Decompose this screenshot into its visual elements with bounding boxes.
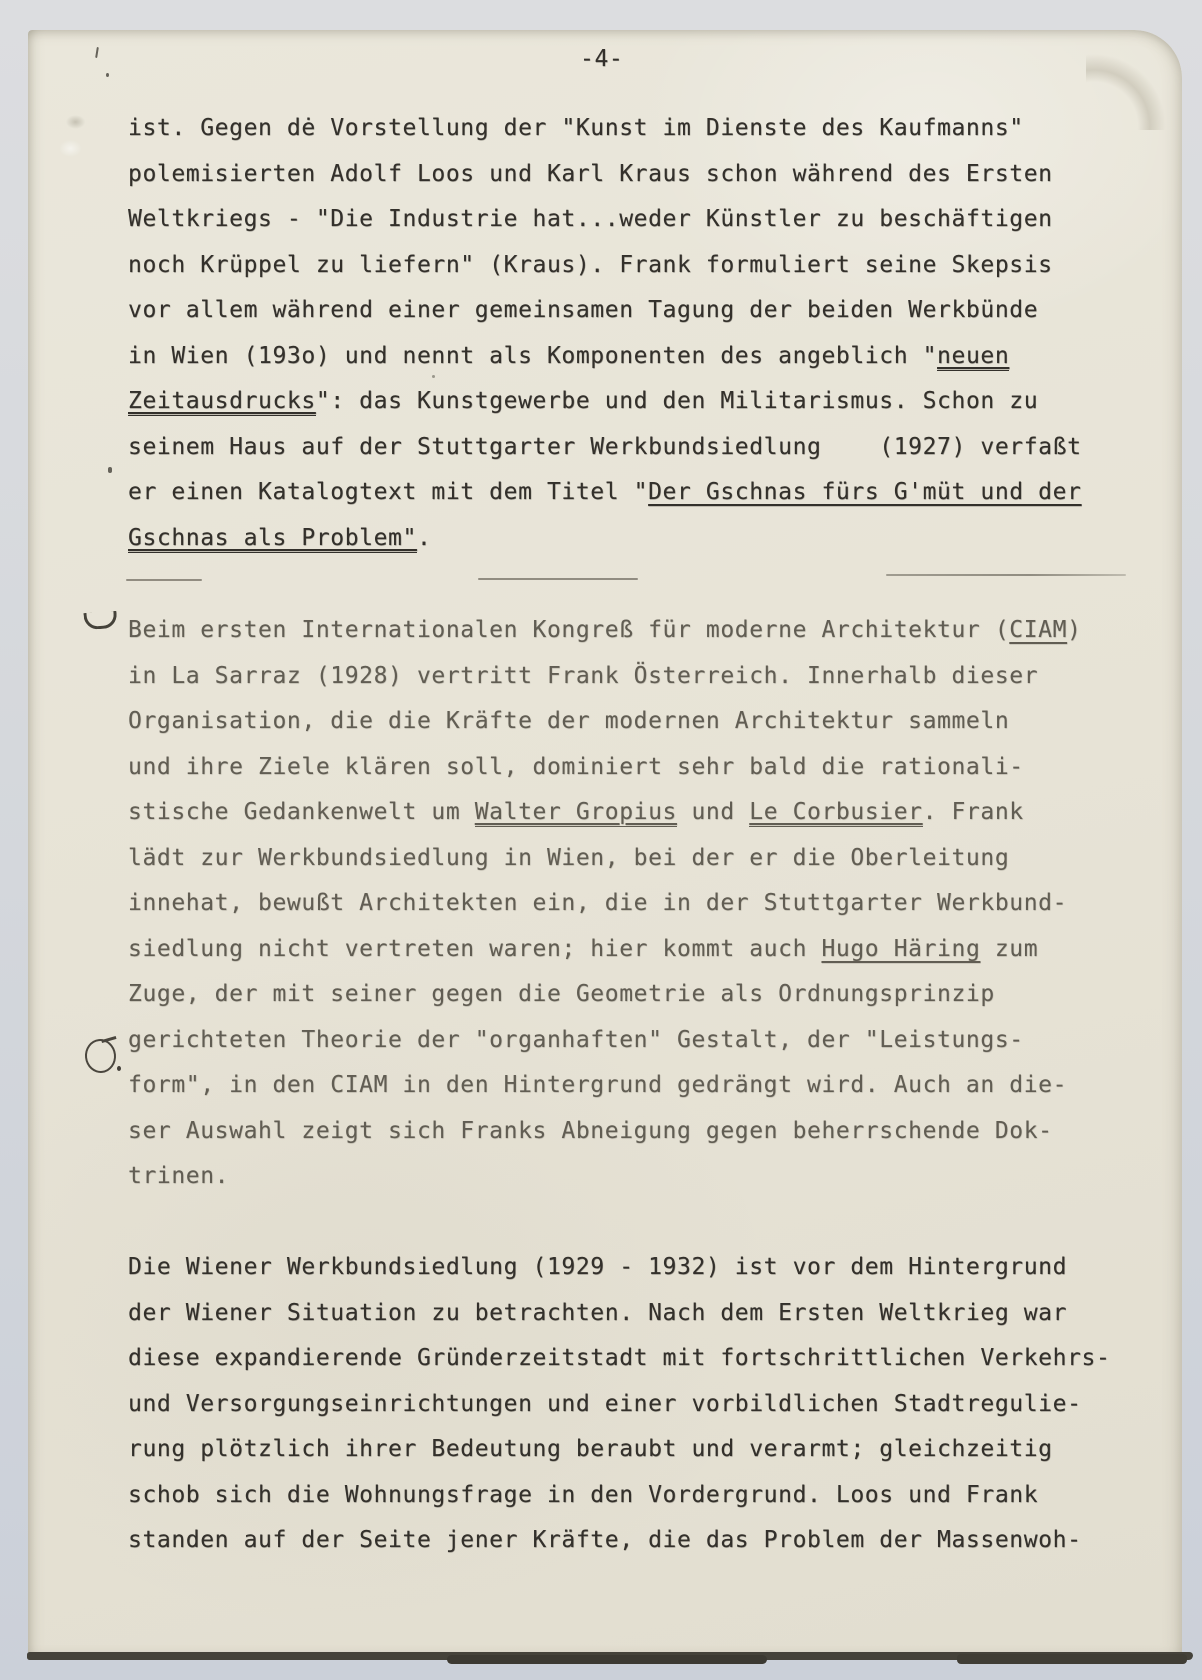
text-line: Gschnas als Problem". xyxy=(128,516,1138,562)
text-line: und Versorgungseinrichtungen und einer v… xyxy=(128,1382,1138,1428)
text-line: vor allem während einer gemeinsamen Tagu… xyxy=(128,288,1138,334)
text-segment: ) xyxy=(1067,617,1081,643)
underlined-text-segment: Le Corbusier xyxy=(749,799,922,827)
text-segment: trinen. xyxy=(128,1163,229,1189)
text-segment: polemisierten Adolf Loos und Karl Kraus … xyxy=(128,161,1053,187)
text-line: rung plötzlich ihrer Bedeutung beraubt u… xyxy=(128,1427,1138,1473)
text-line: Zeitausdrucks": das Kunstgewerbe und den… xyxy=(128,379,1138,425)
text-segment: ": das Kunstgewerbe und den Militarismus… xyxy=(316,388,1038,414)
text-line: und ihre Ziele klären soll, dominiert se… xyxy=(128,745,1138,791)
page-bottom-shadow xyxy=(27,1652,1193,1660)
paragraph-3: Die Wiener Werkbundsiedlung (1929 - 1932… xyxy=(128,1245,1138,1564)
ink-speck xyxy=(108,467,112,473)
text-line: diese expandierende Gründerzeitstadt mit… xyxy=(128,1336,1138,1382)
text-line: Beim ersten Internationalen Kongreß für … xyxy=(128,608,1138,654)
text-segment: siedlung nicht vertreten waren; hier kom… xyxy=(128,936,821,962)
pencil-check-curve-mark xyxy=(83,611,117,630)
text-segment: in La Sarraz (1928) vertritt Frank Öster… xyxy=(128,663,1038,689)
text-segment: form", in den CIAM in den Hintergrund ge… xyxy=(128,1072,1067,1098)
ink-speck xyxy=(432,375,435,378)
pencil-dot-mark xyxy=(117,1066,121,1071)
text-line: standen auf der Seite jener Kräfte, die … xyxy=(128,1518,1138,1564)
text-segment: standen auf der Seite jener Kräfte, die … xyxy=(128,1527,1082,1553)
text-segment: in Wien (193o) und nennt als Komponenten… xyxy=(128,343,937,369)
text-segment: Die Wiener Werkbundsiedlung (1929 - 1932… xyxy=(128,1254,1067,1280)
text-segment: er einen Katalogtext mit dem Titel " xyxy=(128,479,648,505)
text-segment: gerichteten Theorie der "organhaften" Ge… xyxy=(128,1027,1024,1053)
text-segment: Organisation, die die Kräfte der moderne… xyxy=(128,708,1009,734)
text-line: Zuge, der mit seiner gegen die Geometrie… xyxy=(128,972,1138,1018)
text-line: ist. Gegen dė Vorstellung der "Kunst im … xyxy=(128,106,1138,152)
underlined-text-segment: Hugo Häring xyxy=(821,936,980,962)
text-segment: seinem Haus auf der Stuttgarter Werkbund… xyxy=(128,434,1082,460)
text-segment: vor allem während einer gemeinsamen Tagu… xyxy=(128,297,1038,323)
text-line: form", in den CIAM in den Hintergrund ge… xyxy=(128,1063,1138,1109)
text-line: siedlung nicht vertreten waren; hier kom… xyxy=(128,927,1138,973)
text-segment: diese expandierende Gründerzeitstadt mit… xyxy=(128,1345,1110,1371)
page-number: -4- xyxy=(580,46,623,72)
text-segment: Beim ersten Internationalen Kongreß für … xyxy=(128,617,1009,643)
faint-rule-segment xyxy=(886,574,1126,576)
text-line: in La Sarraz (1928) vertritt Frank Öster… xyxy=(128,654,1138,700)
paragraph-2: Beim ersten Internationalen Kongreß für … xyxy=(128,608,1138,1200)
text-line: Die Wiener Werkbundsiedlung (1929 - 1932… xyxy=(128,1245,1138,1291)
text-line: innehat, bewußt Architekten ein, die in … xyxy=(128,881,1138,927)
text-line: er einen Katalogtext mit dem Titel "Der … xyxy=(128,470,1138,516)
text-segment: ist. Gegen dė Vorstellung der "Kunst im … xyxy=(128,115,1024,141)
text-segment: ser Auswahl zeigt sich Franks Abneigung … xyxy=(128,1118,1053,1144)
scan-background: -4- ist. Gegen dė Vorstellung der "Kunst… xyxy=(0,0,1202,1680)
text-line: stische Gedankenwelt um Walter Gropius u… xyxy=(128,790,1138,836)
underlined-text-segment: neuen xyxy=(937,343,1009,371)
text-segment: schob sich die Wohnungsfrage in den Vord… xyxy=(128,1482,1038,1508)
paragraph-1: ist. Gegen dė Vorstellung der "Kunst im … xyxy=(128,106,1138,561)
ink-speck xyxy=(106,73,109,77)
text-line: Organisation, die die Kräfte der moderne… xyxy=(128,699,1138,745)
text-line: schob sich die Wohnungsfrage in den Vord… xyxy=(128,1473,1138,1519)
text-segment: noch Krüppel zu liefern" (Kraus). Frank … xyxy=(128,252,1053,278)
pencil-circle-mark xyxy=(83,1037,117,1074)
underlined-text-segment: Walter Gropius xyxy=(475,799,677,827)
text-segment: innehat, bewußt Architekten ein, die in … xyxy=(128,890,1067,916)
paper-crease xyxy=(60,110,86,158)
text-line: Weltkriegs - "Die Industrie hat...weder … xyxy=(128,197,1138,243)
text-segment: Zuge, der mit seiner gegen die Geometrie… xyxy=(128,981,995,1007)
text-segment: und ihre Ziele klären soll, dominiert se… xyxy=(128,754,1024,780)
document-page: -4- ist. Gegen dė Vorstellung der "Kunst… xyxy=(28,30,1182,1654)
text-line: lädt zur Werkbundsiedlung in Wien, bei d… xyxy=(128,836,1138,882)
underlined-text-segment: Gschnas als Problem" xyxy=(128,525,417,553)
text-line: noch Krüppel zu liefern" (Kraus). Frank … xyxy=(128,243,1138,289)
faint-rule-segment xyxy=(126,579,202,581)
text-line: trinen. xyxy=(128,1154,1138,1200)
underlined-text-segment: CIAM xyxy=(1009,617,1067,643)
text-line: polemisierten Adolf Loos und Karl Kraus … xyxy=(128,152,1138,198)
text-segment: der Wiener Situation zu betrachten. Nach… xyxy=(128,1300,1067,1326)
text-line: der Wiener Situation zu betrachten. Nach… xyxy=(128,1291,1138,1337)
text-segment: und Versorgungseinrichtungen und einer v… xyxy=(128,1391,1082,1417)
text-segment: und xyxy=(677,799,749,825)
ink-speck xyxy=(95,47,99,58)
text-segment: rung plötzlich ihrer Bedeutung beraubt u… xyxy=(128,1436,1053,1462)
text-segment: zum xyxy=(980,936,1038,962)
text-line: ser Auswahl zeigt sich Franks Abneigung … xyxy=(128,1109,1138,1155)
text-segment: Weltkriegs - "Die Industrie hat...weder … xyxy=(128,206,1053,232)
text-segment: . xyxy=(417,525,431,551)
text-line: in Wien (193o) und nennt als Komponenten… xyxy=(128,334,1138,380)
text-segment: lädt zur Werkbundsiedlung in Wien, bei d… xyxy=(128,845,1009,871)
text-segment: stische Gedankenwelt um xyxy=(128,799,475,825)
underlined-text-segment: Zeitausdrucks xyxy=(128,388,316,416)
faint-rule-segment xyxy=(478,578,638,580)
underlined-text-segment: Der Gschnas fürs G'müt und der xyxy=(648,479,1081,505)
text-line: seinem Haus auf der Stuttgarter Werkbund… xyxy=(128,425,1138,471)
text-line: gerichteten Theorie der "organhaften" Ge… xyxy=(128,1018,1138,1064)
text-segment: . Frank xyxy=(923,799,1024,825)
